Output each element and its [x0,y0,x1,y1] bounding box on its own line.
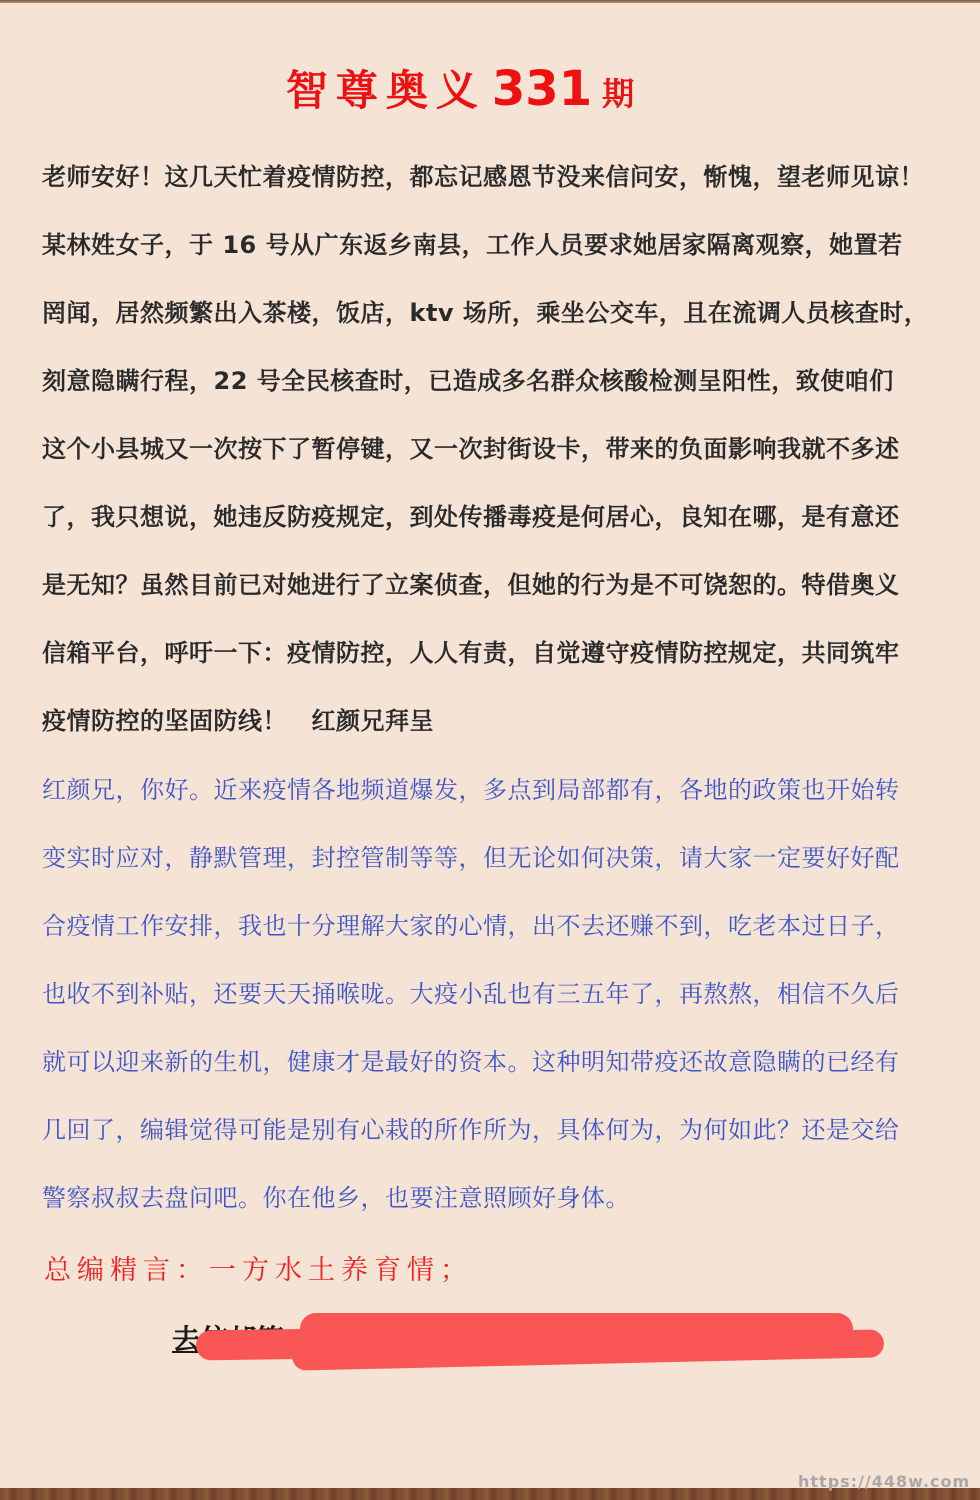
letter-line: 信箱平台，呼吁一下：疫情防控，人人有责，自觉遵守疫情防控规定，共同筑牢 [42,636,952,670]
page-title: 智尊奥义331期 [0,58,920,118]
letter-line: 刻意隐瞒行程，22 号全民核查时，已造成多名群众核酸检测呈阳性，致使咱们 [42,364,952,398]
letter-line: 这个小县城又一次按下了暂停键，又一次封街设卡，带来的负面影响我就不多述 [42,432,952,466]
reply-line: 也收不到补贴，还要天天捅喉咙。大疫小乱也有三五年了，再熬熬，相信不久后 [42,977,952,1011]
watermark: https://448w.com [798,1472,970,1491]
reply-line: 变实时应对，静默管理，封控管制等等，但无论如何决策，请大家一定要好好配 [42,841,952,875]
title-name: 智尊奥义 [286,66,486,115]
title-suffix: 期 [602,75,634,113]
editor-quote: 总编精言：一方水土养育情； [44,1248,473,1287]
letter-line: 疫情防控的坚固防线！ 红颜兄拜呈 [42,704,952,738]
letter-line: 是无知？虽然目前已对她进行了立案侦查，但她的行为是不可饶恕的。特借奥义 [42,568,952,602]
reply-line: 几回了，编辑觉得可能是别有心栽的所作所为，具体何为，为何如此？还是交给 [42,1113,952,1147]
reply-line: 合疫情工作安排，我也十分理解大家的心情，出不去还赚不到，吃老本过日子， [42,909,952,943]
top-border [0,0,980,3]
letter-line: 罔闻，居然频繁出入茶楼，饭店，ktv 场所，乘坐公交车，且在流调人员核查时， [42,296,952,330]
mailbox-row: 去信邮箱 [172,1318,912,1358]
reply-line: 就可以迎来新的生机，健康才是最好的资本。这种明知带疫还故意隐瞒的已经有 [42,1045,952,1079]
letter-line: 了，我只想说，她违反防疫规定，到处传播毒疫是何居心，良知在哪，是有意还 [42,500,952,534]
reply-line: 红颜兄，你好。近来疫情各地频道爆发，多点到局部都有，各地的政策也开始转 [42,773,952,807]
letter-line: 老师安好！这几天忙着疫情防控，都忘记感恩节没来信问安，惭愧，望老师见谅！ [42,160,952,194]
reply-line: 警察叔叔去盘问吧。你在他乡，也要注意照顾好身体。 [42,1181,952,1215]
issue-number: 331 [492,61,592,117]
letter-line: 某林姓女子，于 16 号从广东返乡南县，工作人员要求她居家隔离观察，她置若 [42,228,952,262]
